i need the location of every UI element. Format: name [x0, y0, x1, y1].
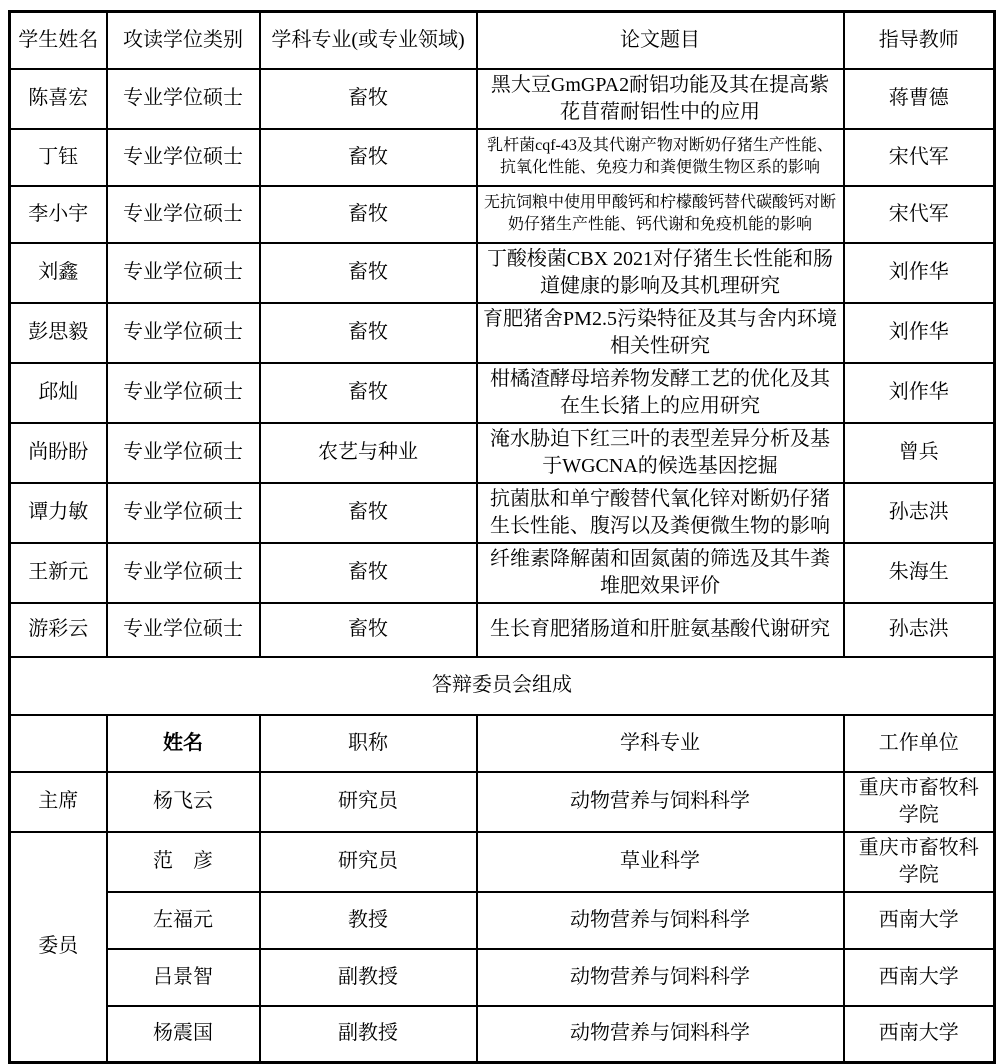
degree-cell: 专业学位硕士: [107, 243, 260, 303]
student-row: 尚盼盼 专业学位硕士 农艺与种业 淹水胁迫下红三叶的表型差异分析及基于WGCNA…: [10, 423, 995, 483]
degree-cell: 专业学位硕士: [107, 129, 260, 186]
degree-cell: 专业学位硕士: [107, 423, 260, 483]
committee-section-title-row: 答辩委员会组成: [10, 657, 995, 715]
member-major-cell: 动物营养与饲料科学: [477, 949, 844, 1006]
advisor-cell: 刘作华: [844, 303, 995, 363]
student-row: 刘鑫 专业学位硕士 畜牧 丁酸梭菌CBX 2021对仔猪生长性能和肠道健康的影响…: [10, 243, 995, 303]
student-name-cell: 刘鑫: [10, 243, 107, 303]
degree-cell: 专业学位硕士: [107, 186, 260, 243]
chair-role-label: 主席: [10, 772, 107, 832]
advisor-cell: 孙志洪: [844, 603, 995, 657]
degree-cell: 专业学位硕士: [107, 69, 260, 129]
thesis-title-cell: 丁酸梭菌CBX 2021对仔猪生长性能和肠道健康的影响及其机理研究: [477, 243, 844, 303]
committee-header-name: 姓名: [107, 715, 260, 772]
advisor-cell: 宋代军: [844, 129, 995, 186]
thesis-title-cell: 黑大豆GmGPA2耐铝功能及其在提高紫花苜蓿耐铝性中的应用: [477, 69, 844, 129]
member-rank-cell: 研究员: [260, 832, 477, 892]
degree-cell: 专业学位硕士: [107, 603, 260, 657]
student-name-cell: 李小宇: [10, 186, 107, 243]
member-name-cell: 范 彦: [107, 832, 260, 892]
advisor-cell: 刘作华: [844, 363, 995, 423]
advisor-cell: 曾兵: [844, 423, 995, 483]
header-student-name: 学生姓名: [10, 12, 107, 69]
member-major-cell: 动物营养与饲料科学: [477, 892, 844, 949]
committee-member-row: 吕景智 副教授 动物营养与饲料科学 西南大学: [10, 949, 995, 1006]
student-row: 丁钰 专业学位硕士 畜牧 乳杆菌cqf-43及其代谢产物对断奶仔猪生产性能、抗氧…: [10, 129, 995, 186]
committee-member-row: 委员 范 彦 研究员 草业科学 重庆市畜牧科学院: [10, 832, 995, 892]
degree-cell: 专业学位硕士: [107, 303, 260, 363]
major-cell: 畜牧: [260, 543, 477, 603]
degree-cell: 专业学位硕士: [107, 483, 260, 543]
member-name-cell: 吕景智: [107, 949, 260, 1006]
committee-header-role-empty: [10, 715, 107, 772]
student-row: 邱灿 专业学位硕士 畜牧 柑橘渣酵母培养物发酵工艺的优化及其在生长猪上的应用研究…: [10, 363, 995, 423]
thesis-title-cell: 生长育肥猪肠道和肝脏氨基酸代谢研究: [477, 603, 844, 657]
chair-rank-cell: 研究员: [260, 772, 477, 832]
student-name-cell: 彭思毅: [10, 303, 107, 363]
member-org-cell: 西南大学: [844, 1006, 995, 1063]
student-name-cell: 王新元: [10, 543, 107, 603]
student-row: 王新元 专业学位硕士 畜牧 纤维素降解菌和固氮菌的筛选及其牛粪堆肥效果评价 朱海…: [10, 543, 995, 603]
committee-section-title: 答辩委员会组成: [10, 657, 995, 715]
major-cell: 畜牧: [260, 603, 477, 657]
header-major: 学科专业(或专业领域): [260, 12, 477, 69]
student-name-cell: 丁钰: [10, 129, 107, 186]
advisor-cell: 朱海生: [844, 543, 995, 603]
committee-header-row: 姓名 职称 学科专业 工作单位: [10, 715, 995, 772]
thesis-title-cell: 乳杆菌cqf-43及其代谢产物对断奶仔猪生产性能、抗氧化性能、免疫力和粪便微生物…: [477, 129, 844, 186]
thesis-title-cell: 育肥猪舍PM2.5污染特征及其与舍内环境相关性研究: [477, 303, 844, 363]
committee-chair-row: 主席 杨飞云 研究员 动物营养与饲料科学 重庆市畜牧科学院: [10, 772, 995, 832]
member-rank-cell: 副教授: [260, 1006, 477, 1063]
member-major-cell: 草业科学: [477, 832, 844, 892]
major-cell: 畜牧: [260, 483, 477, 543]
advisor-cell: 蒋曹德: [844, 69, 995, 129]
document-page: 学生姓名 攻读学位类别 学科专业(或专业领域) 论文题目 指导教师 陈喜宏 专业…: [0, 0, 1000, 1039]
committee-header-rank: 职称: [260, 715, 477, 772]
advisor-cell: 刘作华: [844, 243, 995, 303]
degree-cell: 专业学位硕士: [107, 363, 260, 423]
header-advisor: 指导教师: [844, 12, 995, 69]
thesis-title-cell: 柑橘渣酵母培养物发酵工艺的优化及其在生长猪上的应用研究: [477, 363, 844, 423]
advisor-cell: 宋代军: [844, 186, 995, 243]
student-row: 李小宇 专业学位硕士 畜牧 无抗饲粮中使用甲酸钙和柠檬酸钙替代碳酸钙对断奶仔猪生…: [10, 186, 995, 243]
major-cell: 畜牧: [260, 69, 477, 129]
committee-header-major: 学科专业: [477, 715, 844, 772]
major-cell: 畜牧: [260, 363, 477, 423]
student-row: 游彩云 专业学位硕士 畜牧 生长育肥猪肠道和肝脏氨基酸代谢研究 孙志洪: [10, 603, 995, 657]
thesis-title-cell: 淹水胁迫下红三叶的表型差异分析及基于WGCNA的候选基因挖掘: [477, 423, 844, 483]
student-row: 陈喜宏 专业学位硕士 畜牧 黑大豆GmGPA2耐铝功能及其在提高紫花苜蓿耐铝性中…: [10, 69, 995, 129]
member-rank-cell: 副教授: [260, 949, 477, 1006]
advisor-cell: 孙志洪: [844, 483, 995, 543]
student-row: 谭力敏 专业学位硕士 畜牧 抗菌肽和单宁酸替代氧化锌对断奶仔猪生长性能、腹泻以及…: [10, 483, 995, 543]
committee-member-row: 左福元 教授 动物营养与饲料科学 西南大学: [10, 892, 995, 949]
member-rank-cell: 教授: [260, 892, 477, 949]
member-name-cell: 左福元: [107, 892, 260, 949]
thesis-title-cell: 纤维素降解菌和固氮菌的筛选及其牛粪堆肥效果评价: [477, 543, 844, 603]
member-major-cell: 动物营养与饲料科学: [477, 1006, 844, 1063]
member-org-cell: 西南大学: [844, 892, 995, 949]
major-cell: 畜牧: [260, 243, 477, 303]
chair-org-cell: 重庆市畜牧科学院: [844, 772, 995, 832]
student-name-cell: 尚盼盼: [10, 423, 107, 483]
header-degree-type: 攻读学位类别: [107, 12, 260, 69]
major-cell: 农艺与种业: [260, 423, 477, 483]
member-org-cell: 重庆市畜牧科学院: [844, 832, 995, 892]
degree-cell: 专业学位硕士: [107, 543, 260, 603]
defense-table: 学生姓名 攻读学位类别 学科专业(或专业领域) 论文题目 指导教师 陈喜宏 专业…: [8, 10, 996, 1064]
thesis-title-cell: 抗菌肽和单宁酸替代氧化锌对断奶仔猪生长性能、腹泻以及粪便微生物的影响: [477, 483, 844, 543]
student-name-cell: 陈喜宏: [10, 69, 107, 129]
student-name-cell: 邱灿: [10, 363, 107, 423]
member-org-cell: 西南大学: [844, 949, 995, 1006]
student-row: 彭思毅 专业学位硕士 畜牧 育肥猪舍PM2.5污染特征及其与舍内环境相关性研究 …: [10, 303, 995, 363]
member-role-label: 委员: [10, 832, 107, 1063]
committee-header-org: 工作单位: [844, 715, 995, 772]
major-cell: 畜牧: [260, 303, 477, 363]
thesis-title-cell: 无抗饲粮中使用甲酸钙和柠檬酸钙替代碳酸钙对断奶仔猪生产性能、钙代谢和免疫机能的影…: [477, 186, 844, 243]
member-name-cell: 杨震国: [107, 1006, 260, 1063]
major-cell: 畜牧: [260, 186, 477, 243]
major-cell: 畜牧: [260, 129, 477, 186]
students-header-row: 学生姓名 攻读学位类别 学科专业(或专业领域) 论文题目 指导教师: [10, 12, 995, 69]
chair-name-cell: 杨飞云: [107, 772, 260, 832]
header-thesis-title: 论文题目: [477, 12, 844, 69]
student-name-cell: 游彩云: [10, 603, 107, 657]
student-name-cell: 谭力敏: [10, 483, 107, 543]
chair-major-cell: 动物营养与饲料科学: [477, 772, 844, 832]
committee-member-row: 杨震国 副教授 动物营养与饲料科学 西南大学: [10, 1006, 995, 1063]
